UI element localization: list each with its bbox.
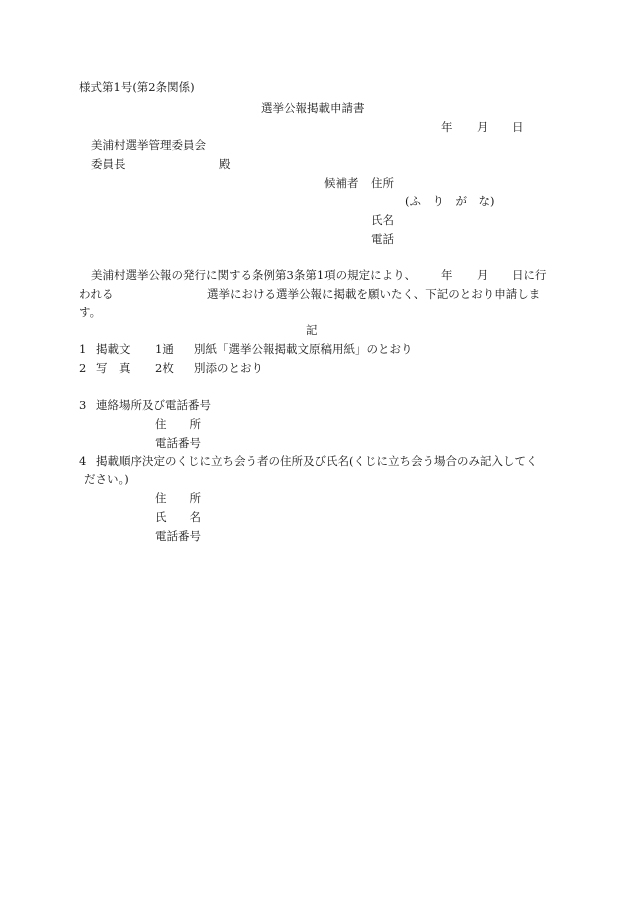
- item-number: 4: [79, 454, 86, 468]
- body-line3: す。: [79, 305, 101, 319]
- item-label-line2: ださい。): [84, 472, 129, 486]
- document-title: 選挙公報掲載申請書: [261, 101, 365, 115]
- addressee-honorific: 殿: [219, 157, 231, 171]
- applicant-address-label: 住所: [371, 176, 394, 190]
- witness-address-label: 住 所: [155, 491, 201, 505]
- body-year-label: 年: [441, 268, 453, 282]
- addressee-chair: 委員長: [91, 157, 126, 171]
- witness-name-label: 氏 名: [155, 510, 201, 524]
- addressee-committee: 美浦村選挙管理委員会: [91, 138, 206, 152]
- item-label-line1: 掲載順序決定のくじに立ち会う者の住所及び氏名(くじに立ち会う場合のみ記入してく: [96, 454, 537, 468]
- witness-phone-label: 電話番号: [155, 529, 201, 543]
- body-line1-end: 日に行: [512, 268, 547, 282]
- applicant-name-label: 氏名: [371, 213, 394, 227]
- date-year-label: 年: [441, 120, 453, 134]
- item-label: 連絡場所及び電話番号: [96, 398, 211, 412]
- body-line2-start: われる: [79, 287, 114, 301]
- item-number: 1: [79, 342, 86, 356]
- applicant-role: 候補者: [324, 176, 359, 190]
- contact-phone-label: 電話番号: [155, 436, 201, 450]
- body-line1-text: 美浦村選挙公報の発行に関する条例第3条第1項の規定により、: [91, 268, 416, 282]
- date-month-label: 月: [477, 120, 489, 134]
- item-quantity: 1通: [155, 342, 174, 356]
- item-note: 別添のとおり: [194, 361, 263, 375]
- contact-address-label: 住 所: [155, 417, 201, 431]
- ki-heading: 記: [306, 323, 318, 337]
- applicant-furigana-label: (ふ り が な): [405, 194, 494, 208]
- item-note: 別紙「選挙公報掲載文原稿用紙」のとおり: [194, 342, 413, 356]
- item-number: 2: [79, 361, 86, 375]
- applicant-phone-label: 電話: [371, 232, 394, 246]
- date-day-label: 日: [512, 120, 524, 134]
- form-number: 様式第1号(第2条関係): [79, 80, 195, 94]
- body-line2-text: 選挙における選挙公報に掲載を願いたく、下記のとおり申請しま: [207, 287, 540, 301]
- item-label: 掲載文: [96, 342, 131, 356]
- body-month-label: 月: [477, 268, 489, 282]
- item-label: 写 真: [96, 361, 131, 375]
- item-quantity: 2枚: [155, 361, 174, 375]
- item-number: 3: [79, 398, 86, 412]
